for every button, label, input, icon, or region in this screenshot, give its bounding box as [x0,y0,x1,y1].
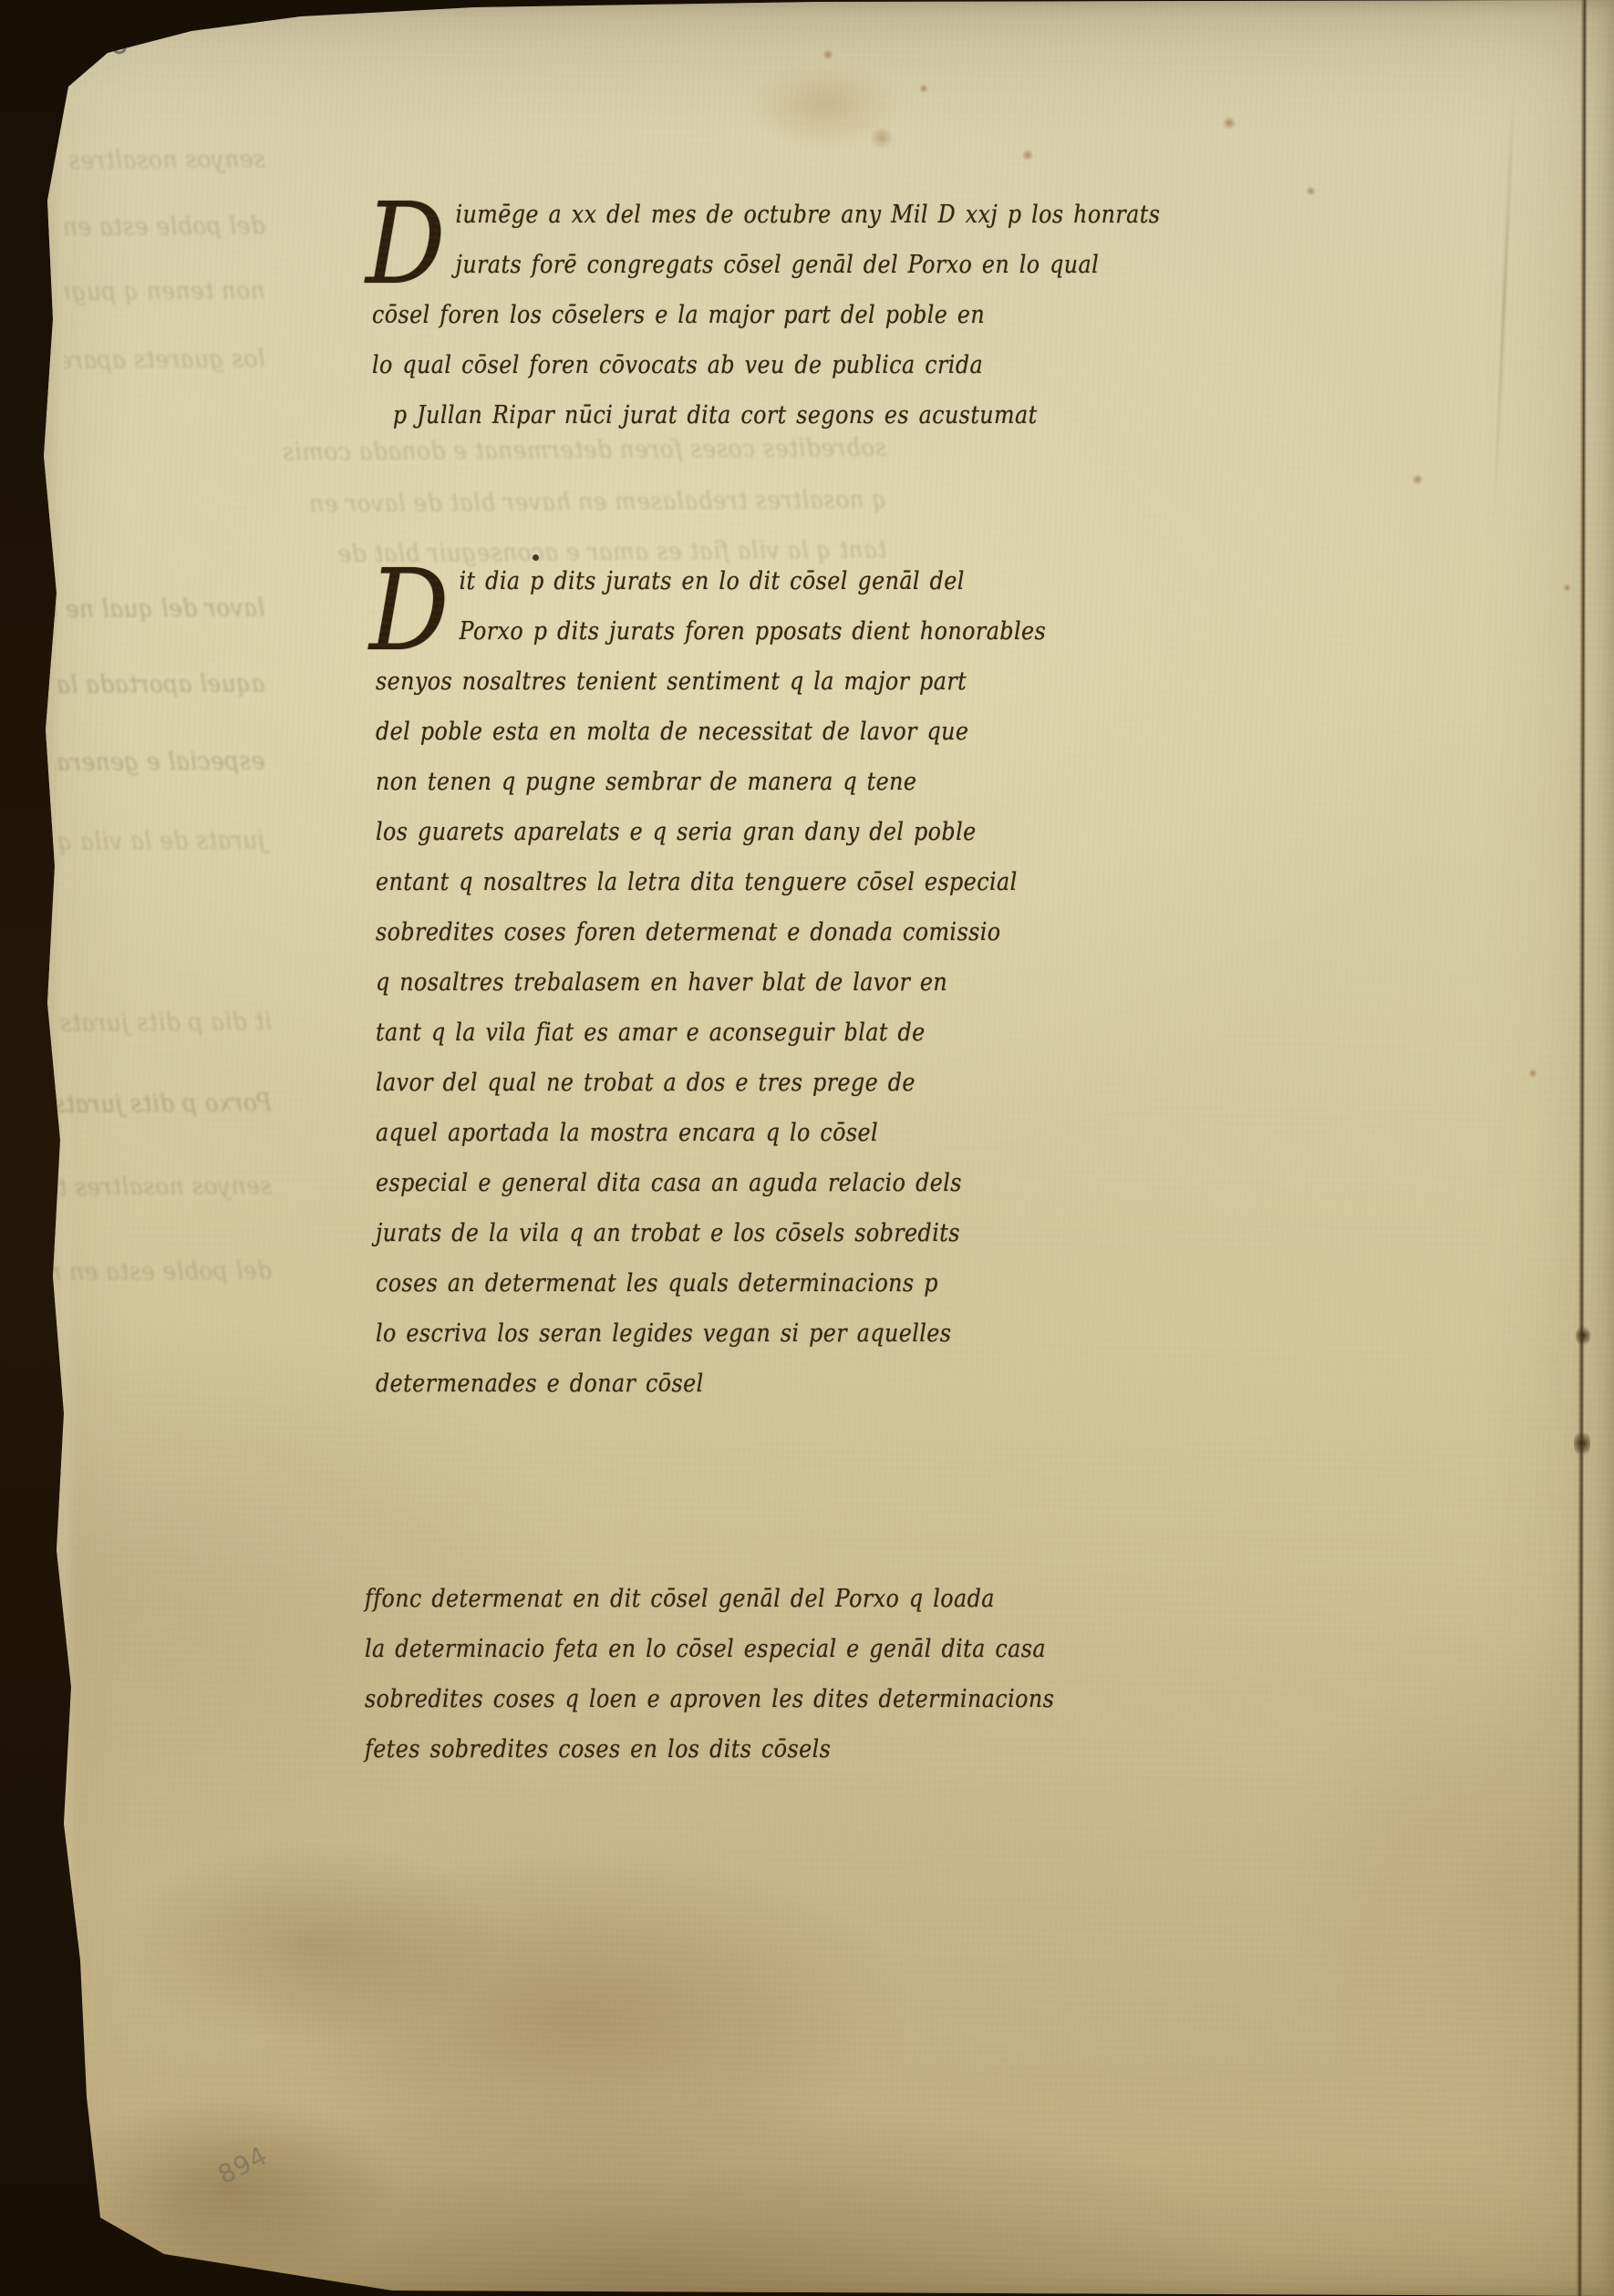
paragraph-2: D it dia p dits jurats en lo dit cōsel g… [376,567,1046,1420]
paper-crease [1494,82,1516,520]
bleed-through-line: jurats de la vila q an trobat e los cōse… [64,826,265,856]
deckle-edge [31,55,78,2243]
initial-capital: D [369,554,449,667]
foxing-spot [1412,474,1423,485]
manuscript-line: jurats forē congregats cōsel genāl del P… [372,251,1160,301]
manuscript-line: it dia p dits jurats en lo dit cōsel gen… [376,567,1046,617]
manuscript-line: senyos nosaltres tenient sentiment q la … [376,667,1046,718]
manuscript-line: del poble esta en molta de necessitat de… [376,718,1046,768]
manuscript-line: tant q la vila fiat es amar e aconseguir… [376,1019,1046,1069]
bleed-through-line: del poble esta en molta de necessitat de… [72,212,265,242]
manuscript-line: sobredites coses q loen e aproven les di… [365,1685,1054,1735]
manuscript-line: los guarets aparelats e q seria gran dan… [376,818,1046,868]
seam-knot [1576,1324,1590,1348]
manuscript-line: coses an determenat les quals determinac… [376,1269,1046,1319]
bleed-through-block: lavor del qual ne trobat a dos e tres pr… [55,584,274,967]
manuscript-line: non tenen q pugne sembrar de manera q te… [376,768,1046,818]
manuscript-line: lavor del qual ne trobat a dos e tres pr… [376,1069,1046,1119]
manuscript-line: cōsel foren los cōselers e la major part… [372,301,1160,351]
pencil-scribble [48,30,65,62]
bleed-through-line: Porxo p dits jurats foren pposats dient … [62,1089,272,1119]
seam-knot [1574,1428,1590,1459]
manuscript-line: jurats de la vila q an trobat e los cōse… [376,1219,1046,1269]
bleed-through-line: senyos nosaltres tenient sentiment q la … [62,1172,272,1202]
bleed-through-line: los guarets aparelats e q seria gran dan… [72,345,265,375]
manuscript-line: la determinacio feta en lo cōsel especia… [365,1635,1054,1685]
folio-number-top: 906 [64,24,132,67]
foxing-spot [919,84,928,93]
foxing-spot [1563,584,1571,592]
manuscript-line: ffonc determenat en dit cōsel genāl del … [365,1585,1054,1635]
manuscript-line: aquel aportada la mostra encara q lo cōs… [376,1119,1046,1169]
foxing-spot [1021,150,1034,160]
folio-number-bottom: 894 [213,2140,273,2190]
manuscript-line: p Jullan Ripar nūci jurat dita cort sego… [372,401,1160,451]
bleed-through-line: senyos nosaltres tenient sentiment q la … [72,145,265,175]
bleed-through-block: senyos nosaltres tenient sentiment q la … [64,137,274,438]
foxing-spot [868,128,895,148]
manuscript-line: especial e general dita casa an aguda re… [376,1169,1046,1219]
manuscript-page: senyos nosaltres tenient sentiment q la … [0,0,1614,2296]
foxing-spot [1306,186,1316,196]
manuscript-line: lo escriva los seran legides vegan si pe… [376,1319,1046,1370]
manuscript-line: q nosaltres trebalasem en haver blat de … [376,968,1046,1019]
bleed-through-line: lavor del qual ne trobat a dos e tres pr… [64,594,265,624]
bleed-through-line: q nosaltres trebalasem en haver blat de … [308,486,887,519]
foxing-spot [823,49,833,60]
manuscript-line: entant q nosaltres la letra dita tenguer… [376,868,1046,918]
manuscript-line: determenades e donar cōsel [376,1370,1046,1420]
bleed-through-line: non tenen q pugne sembrar de manera q te… [72,276,265,306]
gutter-seam [1576,0,1587,2296]
foxing-spot [1222,117,1236,129]
foxing-spot [1528,1069,1537,1078]
manuscript-line: sobredites coses foren determenat e dona… [376,918,1046,968]
paragraph-1: D iumēge a xx del mes de octubre any Mil… [372,201,1160,451]
bleed-through-line: aquel aportada la mostra encara q lo cōs… [64,669,265,699]
paragraph-3: ffonc determenat en dit cōsel genāl del … [365,1585,1054,1785]
ink-dot [533,554,539,561]
initial-capital: D [366,188,445,301]
manuscript-scan: senyos nosaltres tenient sentiment q la … [0,0,1614,2296]
manuscript-line: lo qual cōsel foren cōvocats ab veu de p… [372,351,1160,401]
manuscript-line: fetes sobredites coses en los dits cōsel… [365,1735,1054,1785]
bleed-through-line: del poble esta en molta de necessitat de… [62,1257,272,1287]
bleed-through-line: especial e general dita casa an aguda re… [64,747,265,777]
manuscript-line: Porxo p dits jurats foren pposats dient … [376,617,1046,667]
bleed-through-line: it dia p dits jurats en lo dit cōsel gen… [62,1008,272,1038]
bleed-through-block: it dia p dits jurats en lo dit cōsel gen… [53,1003,281,1386]
manuscript-line: iumēge a xx del mes de octubre any Mil D… [372,201,1160,251]
